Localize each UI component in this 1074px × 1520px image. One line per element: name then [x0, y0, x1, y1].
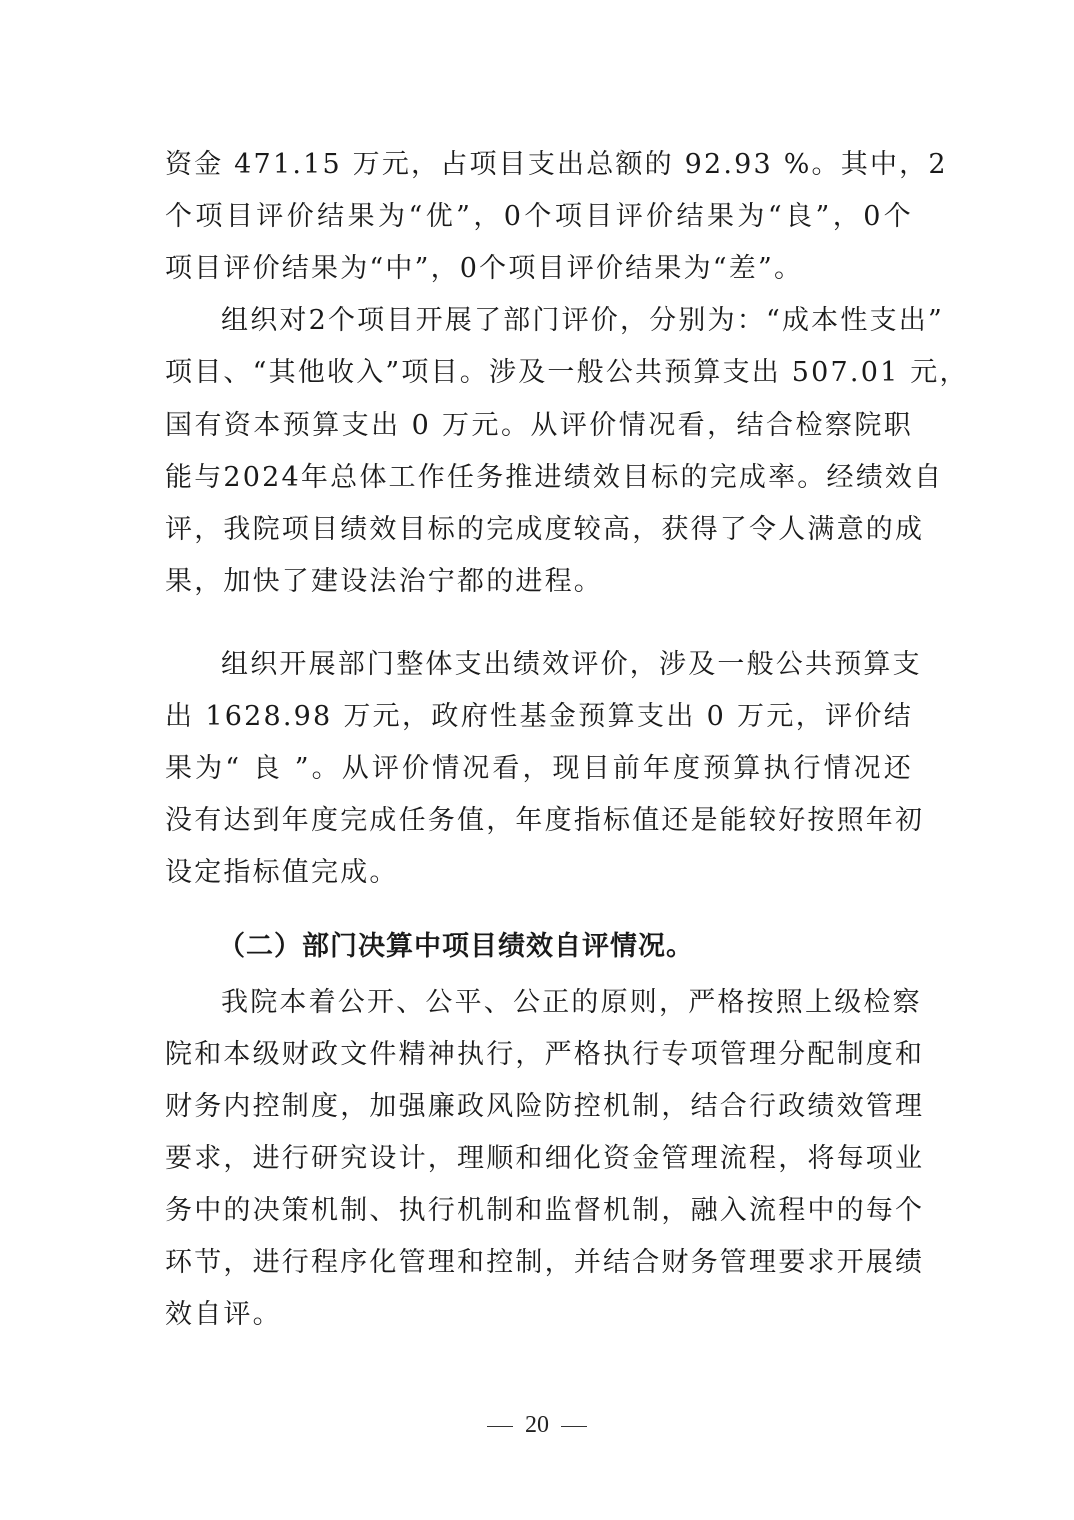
paragraph-line: 我院本着公开、公平、公正的原则，严格按照上级检察	[221, 985, 913, 1021]
paragraph-line: 出 1628.98 万元，政府性基金预算支出 0 万元，评价结	[165, 699, 913, 735]
section-heading: （二）部门决算中项目绩效自评情况。	[218, 929, 694, 965]
paragraph-line: 院和本级财政文件精神执行，严格执行专项管理分配制度和	[165, 1037, 913, 1073]
page-footer: 20	[0, 1410, 1074, 1440]
paragraph-line: 设定指标值完成。	[165, 855, 913, 891]
paragraph-line: 务中的决策机制、执行机制和监督机制，融入流程中的每个	[165, 1193, 913, 1229]
paragraph-line: 国有资本预算支出 0 万元。从评价情况看，结合检察院职	[165, 408, 913, 444]
paragraph-line: 项目评价结果为“中”，0个项目评价结果为“差”。	[165, 251, 913, 287]
dash-left-icon	[487, 1426, 513, 1427]
paragraph-line: 环节，进行程序化管理和控制，并结合财务管理要求开展绩	[165, 1245, 913, 1281]
paragraph-line: 果为“ 良 ”。从评价情况看，现目前年度预算执行情况还	[165, 751, 913, 787]
page-number: 20	[525, 1412, 549, 1438]
paragraph-line: 个项目评价结果为“优”，0个项目评价结果为“良”，0个	[165, 199, 913, 235]
paragraph-line: 组织对2个项目开展了部门评价，分别为：“成本性支出”	[221, 303, 913, 339]
paragraph-line: 效自评。	[165, 1297, 913, 1333]
dash-right-icon	[561, 1426, 587, 1427]
paragraph-line: 评，我院项目绩效目标的完成度较高，获得了令人满意的成	[165, 512, 913, 548]
paragraph-line: 项目、“其他收入”项目。涉及一般公共预算支出 507.01 元，	[165, 355, 913, 391]
paragraph-line: 没有达到年度完成任务值，年度指标值还是能较好按照年初	[165, 803, 913, 839]
paragraph-line: 果，加快了建设法治宁都的进程。	[165, 564, 913, 600]
document-page: 资金 471.15 万元，占项目支出总额的 92.93 %。其中，2 个项目评价…	[0, 0, 1074, 1520]
paragraph-line: 组织开展部门整体支出绩效评价，涉及一般公共预算支	[221, 647, 913, 683]
paragraph-line: 要求，进行研究设计，理顺和细化资金管理流程，将每项业	[165, 1141, 913, 1177]
paragraph-line: 能与2024年总体工作任务推进绩效目标的完成率。经绩效自	[165, 460, 913, 496]
paragraph-line: 资金 471.15 万元，占项目支出总额的 92.93 %。其中，2	[165, 147, 913, 183]
paragraph-line: 财务内控制度，加强廉政风险防控机制，结合行政绩效管理	[165, 1089, 913, 1125]
